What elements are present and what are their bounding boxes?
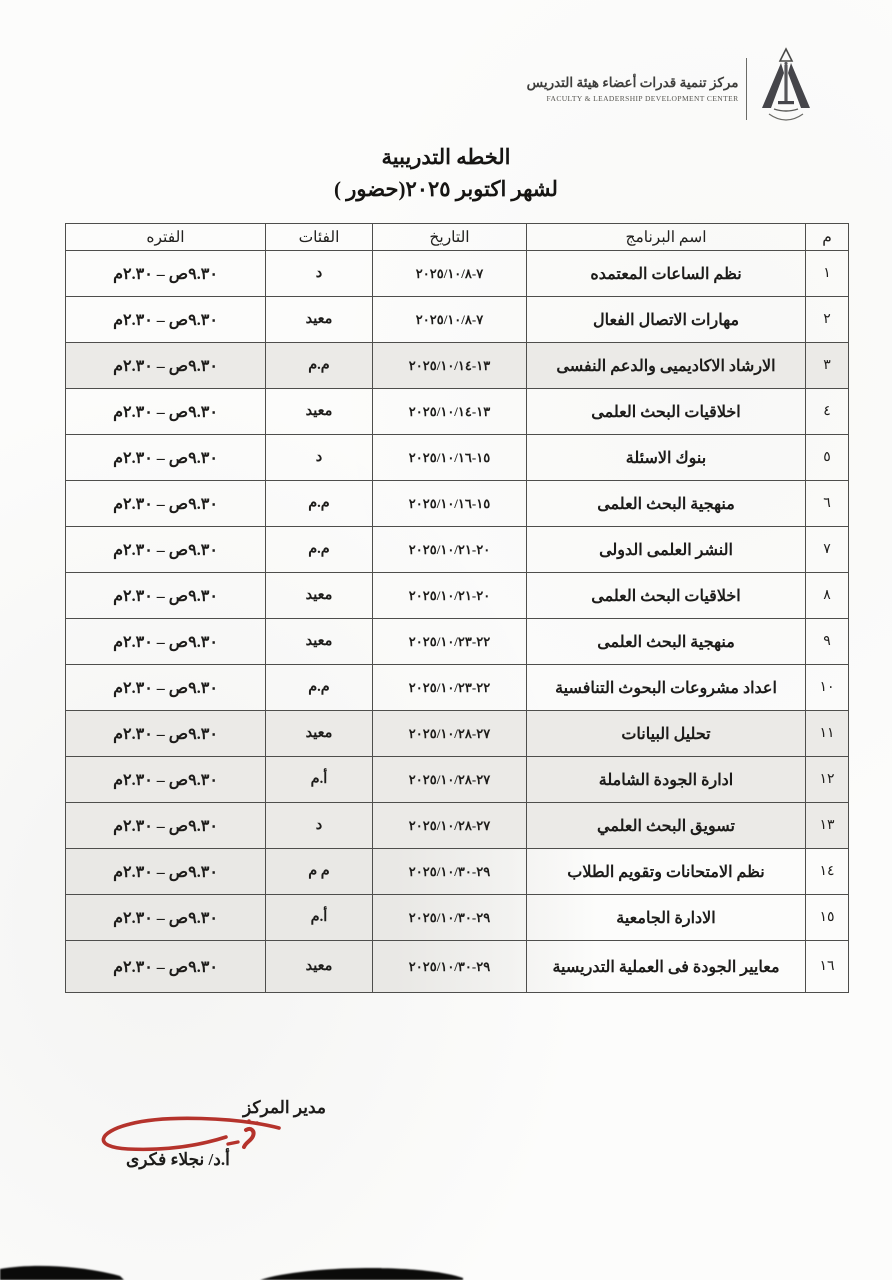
cell-date: ٢٠٢٥/١٠/١٤-١٣ [373,343,527,389]
cell-category: أ.م [266,757,373,803]
cell-program-name: معايير الجودة فى العملية التدريسية [527,941,806,993]
col-header-period: الفتره [66,224,266,251]
cell-row-number: ٤ [806,389,849,435]
cell-program-name: النشر العلمى الدولى [527,527,806,573]
cell-period: ٩.٣٠ص – ٢.٣٠م [66,251,266,297]
col-header-program: اسم البرنامج [527,224,806,251]
cell-date: ٢٠٢٥/١٠/١٦-١٥ [373,435,527,481]
cell-program-name: نظم الامتحانات وتقويم الطلاب [527,849,806,895]
cell-period: ٩.٣٠ص – ٢.٣٠م [66,619,266,665]
cell-category: م.م [266,343,373,389]
training-plan-table: م اسم البرنامج التاريخ الفئات الفتره ١ ن… [65,223,849,993]
table-row: ١٤ نظم الامتحانات وتقويم الطلاب ٢٠٢٥/١٠/… [66,849,849,895]
table-header-row: م اسم البرنامج التاريخ الفئات الفتره [66,224,849,251]
cell-category: م.م [266,481,373,527]
col-header-category: الفئات [266,224,373,251]
cell-date: ٢٠٢٥/١٠/٢٣-٢٢ [373,619,527,665]
cell-date: ٢٠٢٥/١٠/٢٨-٢٧ [373,757,527,803]
cell-row-number: ١٠ [806,665,849,711]
cell-date: ٢٠٢٥/١٠/٣٠-٢٩ [373,849,527,895]
col-header-number: م [806,224,849,251]
table-row: ٤ اخلاقيات البحث العلمى ٢٠٢٥/١٠/١٤-١٣ مع… [66,389,849,435]
cell-period: ٩.٣٠ص – ٢.٣٠م [66,941,266,993]
brand-divider [746,58,748,120]
cell-category: د [266,435,373,481]
cell-category: م م [266,849,373,895]
cell-program-name: تسويق البحث العلمي [527,803,806,849]
cell-date: ٢٠٢٥/١٠/٨-٧ [373,297,527,343]
cell-category: معيد [266,941,373,993]
table-row: ٩ منهجية البحث العلمى ٢٠٢٥/١٠/٢٣-٢٢ معيد… [66,619,849,665]
cell-date: ٢٠٢٥/١٠/٢٣-٢٢ [373,665,527,711]
cell-period: ٩.٣٠ص – ٢.٣٠م [66,895,266,941]
cell-date: ٢٠٢٥/١٠/٢٨-٢٧ [373,803,527,849]
cell-date: ٢٠٢٥/١٠/٢١-٢٠ [373,527,527,573]
cell-program-name: نظم الساعات المعتمده [527,251,806,297]
table-row: ١٣ تسويق البحث العلمي ٢٠٢٥/١٠/٢٨-٢٧ د ٩.… [66,803,849,849]
table-row: ١٦ معايير الجودة فى العملية التدريسية ٢٠… [66,941,849,993]
cell-category: م.م [266,665,373,711]
cell-program-name: الارشاد الاكاديميى والدعم النفسى [527,343,806,389]
col-header-date: التاريخ [373,224,527,251]
cell-row-number: ٢ [806,297,849,343]
table-row: ١ نظم الساعات المعتمده ٢٠٢٥/١٠/٨-٧ د ٩.٣… [66,251,849,297]
cell-category: د [266,803,373,849]
brand-text: مركز تنمية قدرات أعضاء هيئة التدريس FACU… [527,75,739,103]
cell-row-number: ١٥ [806,895,849,941]
cell-program-name: بنوك الاسئلة [527,435,806,481]
cell-row-number: ٩ [806,619,849,665]
cell-category: معيد [266,711,373,757]
table-row: ٦ منهجية البحث العلمى ٢٠٢٥/١٠/١٦-١٥ م.م … [66,481,849,527]
cell-program-name: اخلاقيات البحث العلمى [527,389,806,435]
table-body: ١ نظم الساعات المعتمده ٢٠٢٥/١٠/٨-٧ د ٩.٣… [66,251,849,993]
document-title-block: الخطه التدريبية لشهر اكتوبر ٢٠٢٥(حضور ) [0,141,892,205]
cell-period: ٩.٣٠ص – ٢.٣٠م [66,711,266,757]
cell-period: ٩.٣٠ص – ٢.٣٠م [66,803,266,849]
scanned-document-page: مركز تنمية قدرات أعضاء هيئة التدريس FACU… [0,0,892,1280]
cell-row-number: ٥ [806,435,849,481]
cell-period: ٩.٣٠ص – ٢.٣٠م [66,343,266,389]
cell-program-name: ادارة الجودة الشاملة [527,757,806,803]
cell-date: ٢٠٢٥/١٠/٣٠-٢٩ [373,895,527,941]
cell-category: أ.م [266,895,373,941]
cell-date: ٢٠٢٥/١٠/٣٠-٢٩ [373,941,527,993]
table-row: ٨ اخلاقيات البحث العلمى ٢٠٢٥/١٠/٢١-٢٠ مع… [66,573,849,619]
cell-date: ٢٠٢٥/١٠/٢٨-٢٧ [373,711,527,757]
table-row: ١٢ ادارة الجودة الشاملة ٢٠٢٥/١٠/٢٨-٢٧ أ.… [66,757,849,803]
center-name-arabic: مركز تنمية قدرات أعضاء هيئة التدريس [527,75,739,91]
cell-row-number: ١٤ [806,849,849,895]
table-row: ٣ الارشاد الاكاديميى والدعم النفسى ٢٠٢٥/… [66,343,849,389]
cell-period: ٩.٣٠ص – ٢.٣٠م [66,757,266,803]
scan-edge-artifact [0,1258,892,1280]
cell-row-number: ١٦ [806,941,849,993]
cell-period: ٩.٣٠ص – ٢.٣٠م [66,481,266,527]
table-row: ٢ مهارات الاتصال الفعال ٢٠٢٥/١٠/٨-٧ معيد… [66,297,849,343]
director-name: أ.د/ نجلاء فكرى [126,1150,230,1170]
cell-program-name: الادارة الجامعية [527,895,806,941]
document-title: الخطه التدريبية [0,141,892,173]
cell-program-name: اعداد مشروعات البحوث التنافسية [527,665,806,711]
cell-period: ٩.٣٠ص – ٢.٣٠م [66,573,266,619]
cell-row-number: ٣ [806,343,849,389]
table-row: ١٠ اعداد مشروعات البحوث التنافسية ٢٠٢٥/١… [66,665,849,711]
cell-category: معيد [266,389,373,435]
cell-period: ٩.٣٠ص – ٢.٣٠م [66,389,266,435]
table-row: ٥ بنوك الاسئلة ٢٠٢٥/١٠/١٦-١٥ د ٩.٣٠ص – ٢… [66,435,849,481]
cell-period: ٩.٣٠ص – ٢.٣٠م [66,849,266,895]
table-row: ٧ النشر العلمى الدولى ٢٠٢٥/١٠/٢١-٢٠ م.م … [66,527,849,573]
cell-row-number: ٦ [806,481,849,527]
cell-program-name: منهجية البحث العلمى [527,481,806,527]
cell-category: د [266,251,373,297]
cell-row-number: ١٣ [806,803,849,849]
cell-date: ٢٠٢٥/١٠/١٤-١٣ [373,389,527,435]
center-name-english: FACULTY & LEADERSHIP DEVELOPMENT CENTER [527,94,739,103]
cell-program-name: اخلاقيات البحث العلمى [527,573,806,619]
cell-row-number: ١٢ [806,757,849,803]
cell-program-name: مهارات الاتصال الفعال [527,297,806,343]
pyramid-lighthouse-logo-icon [754,46,818,132]
cell-period: ٩.٣٠ص – ٢.٣٠م [66,527,266,573]
table-row: ١٥ الادارة الجامعية ٢٠٢٥/١٠/٣٠-٢٩ أ.م ٩.… [66,895,849,941]
cell-period: ٩.٣٠ص – ٢.٣٠م [66,297,266,343]
document-subtitle: لشهر اكتوبر ٢٠٢٥(حضور ) [0,173,892,205]
cell-period: ٩.٣٠ص – ٢.٣٠م [66,435,266,481]
cell-category: معيد [266,573,373,619]
cell-period: ٩.٣٠ص – ٢.٣٠م [66,665,266,711]
center-brand-header: مركز تنمية قدرات أعضاء هيئة التدريس FACU… [527,46,818,132]
table-row: ١١ تحليل البيانات ٢٠٢٥/١٠/٢٨-٢٧ معيد ٩.٣… [66,711,849,757]
cell-row-number: ٧ [806,527,849,573]
cell-program-name: منهجية البحث العلمى [527,619,806,665]
cell-category: م.م [266,527,373,573]
cell-category: معيد [266,619,373,665]
cell-date: ٢٠٢٥/١٠/١٦-١٥ [373,481,527,527]
cell-row-number: ١ [806,251,849,297]
cell-row-number: ١١ [806,711,849,757]
cell-program-name: تحليل البيانات [527,711,806,757]
cell-date: ٢٠٢٥/١٠/٢١-٢٠ [373,573,527,619]
cell-date: ٢٠٢٥/١٠/٨-٧ [373,251,527,297]
cell-category: معيد [266,297,373,343]
cell-row-number: ٨ [806,573,849,619]
